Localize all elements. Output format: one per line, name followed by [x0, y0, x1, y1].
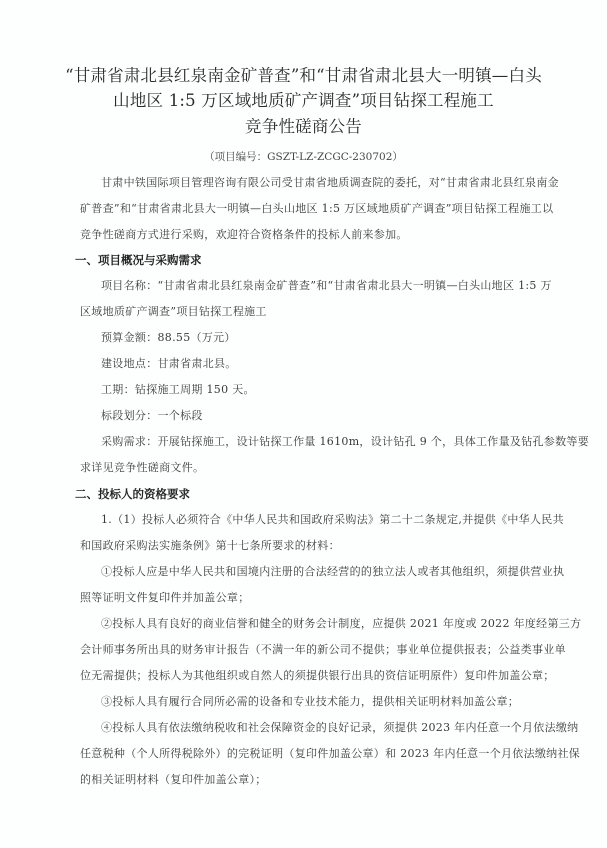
req1-line-1: ①投标人应是中华人民共和国境内注册的合法经营的的独立法人或者其他组织，须提供营业…: [101, 565, 530, 579]
location: 建设地点：甘肃省肃北县。: [101, 357, 551, 371]
req2-line-1: ②投标人具有良好的商业信誉和健全的财务会计制度，应提供 2021 年度或 202…: [101, 617, 530, 631]
title-line-1: “甘肃省肃北县红泉南金矿普查”和“甘肃省肃北县大一明镇—白头: [0, 66, 607, 86]
req4-line-3: 的相关证明材料（复印件加盖公章）；: [80, 773, 530, 787]
title-line-3: 竞争性磋商公告: [0, 117, 607, 137]
project-number: （项目编号：GSZT-LZ-ZCGC-230702）: [0, 150, 607, 164]
req4-line-1: ④投标人具有依法缴纳税收和社会保障资金的良好记录，须提供 2023 年内任意一个…: [101, 721, 530, 735]
section-1-heading: 一、项目概况与采购需求: [75, 253, 202, 267]
item1-line-1: 1.（1）投标人必须符合《中华人民共和国政府采购法》第二十二条规定,并提供《中华…: [101, 513, 530, 527]
requirement-line-1: 采购需求：开展钻探施工，设计钻探工作量 1610m，设计钻孔 9 个，具体工作量…: [101, 435, 530, 449]
lots: 标段划分：一个标段: [101, 409, 551, 423]
document-page: “甘肃省肃北县红泉南金矿普查”和“甘肃省肃北县大一明镇—白头 山地区 1:5 万…: [0, 0, 607, 848]
intro-line-3: 竞争性磋商方式进行采购，欢迎符合资格条件的投标人前来参加。: [80, 228, 530, 242]
req4-line-2: 任意税种（个人所得税除外）的完税证明（复印件加盖公章）和 2023 年内任意一个…: [80, 747, 530, 761]
req2-line-2: 会计师事务所出具的财务审计报告（不满一年的新公司不提供；事业单位提供报表；公益类…: [80, 643, 530, 657]
section-2-heading: 二、投标人的资格要求: [75, 487, 190, 501]
duration: 工期：钻探施工周期 150 天。: [101, 383, 551, 397]
intro-line-2: 矿普查”和“甘肃省肃北县大一明镇—白头山地区 1:5 万区域地质矿产调查”项目钻…: [80, 202, 530, 216]
intro-line-1: 甘肃中铁国际项目管理咨询有限公司受甘肃省地质调查院的委托，对“甘肃省肃北县红泉南…: [101, 176, 530, 190]
req3-line-1: ③投标人具有履行合同所必需的设备和专业技术能力，提供相关证明材料加盖公章；: [101, 695, 551, 709]
budget: 预算金额：88.55（万元）: [101, 331, 551, 345]
req1-line-2: 照等证明文件复印件并加盖公章；: [80, 591, 530, 605]
req2-line-3: 位无需提供；投标人为其他组织或自然人的须提供银行出具的资信证明原件）复印件加盖公…: [80, 669, 530, 683]
requirement-line-2: 求详见竞争性磋商文件。: [80, 461, 530, 475]
title-line-2: 山地区 1:5 万区域地质矿产调查”项目钻探工程施工: [0, 91, 607, 111]
project-name-line-2: 区域地质矿产调查”项目钻探工程施工: [80, 305, 530, 319]
item1-line-2: 和国政府采购法实施条例》第十七条所要求的材料：: [80, 539, 530, 553]
project-name-line-1: 项目名称：“甘肃省肃北县红泉南金矿普查”和“甘肃省肃北县大一明镇—白头山地区 1…: [101, 279, 530, 293]
